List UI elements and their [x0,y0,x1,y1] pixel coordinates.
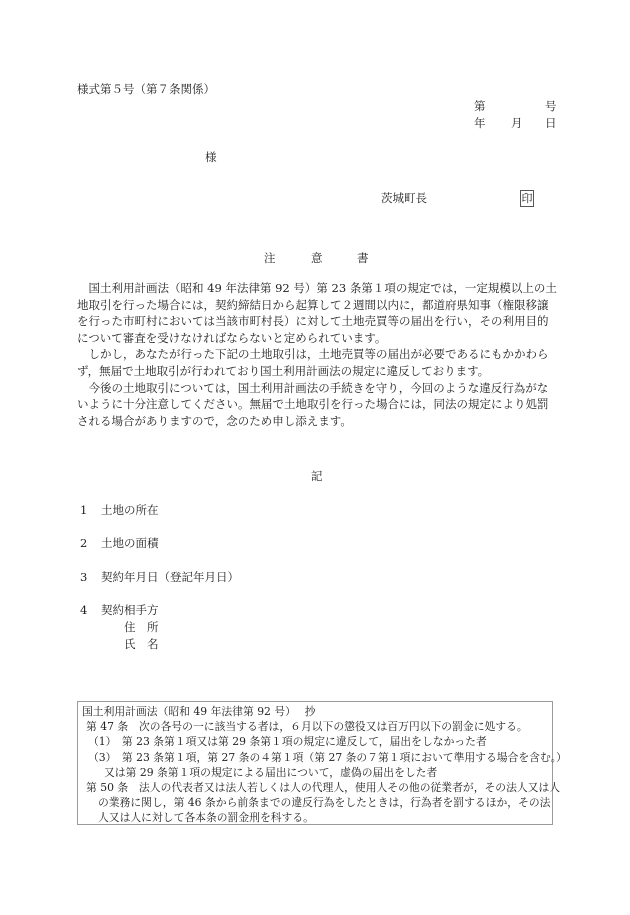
record-item-4-num: 4 [80,605,87,617]
excerpt-article-50-cont-2: 人又は人に対して各本条の罰金刑を科する。 [82,810,548,825]
record-sub-address: 住 所 [124,622,159,634]
excerpt-article-47: 第 47 条 次の各号の一に該当する者は，６月以下の懲役又は百万円以下の罰金に処… [82,719,548,734]
record-item-1-label: 土地の所在 [101,505,159,517]
law-excerpt-box: 国土利用計画法（昭和 49 年法律第 92 号） 抄 第 47 条 次の各号の一… [77,701,553,825]
number-suffix: 号 [545,101,557,113]
record-item-2-label: 土地の面積 [101,538,159,550]
excerpt-article-50-cont-1: の業務に関し，第 46 条から前条までの違反行為をしたときは，行為者を罰するほか… [82,795,548,810]
addressee-suffix: 様 [205,152,217,164]
excerpt-item-3-cont: 又は第 29 条第１項の規定による届出について，虚偽の届出をした者 [82,765,548,780]
body-paragraph-2: しかし，あなたが行った下記の土地取引は，土地売買等の届出が必要であるにもかかわら… [77,346,557,379]
excerpt-article-50: 第 50 条 法人の代表者又は法人若しくは人の代理人，使用人その他の従業者が，そ… [82,780,548,795]
body-paragraph-1: 国土利用計画法（昭和 49 年法律第 92 号）第 23 条第１項の規定では，一… [77,280,557,346]
excerpt-item-1: （1） 第 23 条第１項又は第 29 条第１項の規定に違反して，届出をしなかっ… [82,734,548,749]
title-char-1: 注 [264,253,276,265]
record-item-3-label: 契約年月日（登記年月日） [101,572,239,584]
date-month: 月 [511,118,523,130]
date-year: 年 [474,118,486,130]
body-paragraph-3: 今後の土地取引については，国土利用計画法の手続きを守り，今回のような違反行為がな… [77,380,557,430]
title-char-2: 意 [311,253,323,265]
record-item-3-num: 3 [80,572,87,584]
number-prefix: 第 [474,101,486,113]
seal-stamp: 印 [520,190,534,207]
record-item-2-num: 2 [80,538,87,550]
record-sub-name: 氏 名 [124,639,159,651]
title-char-3: 書 [357,253,369,265]
form-number: 様式第５号（第７条関係） [77,84,215,96]
record-heading: 記 [311,471,323,483]
record-item-4-label: 契約相手方 [101,605,159,617]
date-day: 日 [545,118,557,130]
record-item-1-num: 1 [80,505,87,517]
issuer-name: 茨城町長 [381,193,427,205]
body-text: 国土利用計画法（昭和 49 年法律第 92 号）第 23 条第１項の規定では，一… [77,280,557,429]
excerpt-title: 国土利用計画法（昭和 49 年法律第 92 号） 抄 [82,704,548,719]
excerpt-item-3: （3） 第 23 条第１項，第 27 条の４第１項（第 27 条の７第１項におい… [82,750,548,765]
